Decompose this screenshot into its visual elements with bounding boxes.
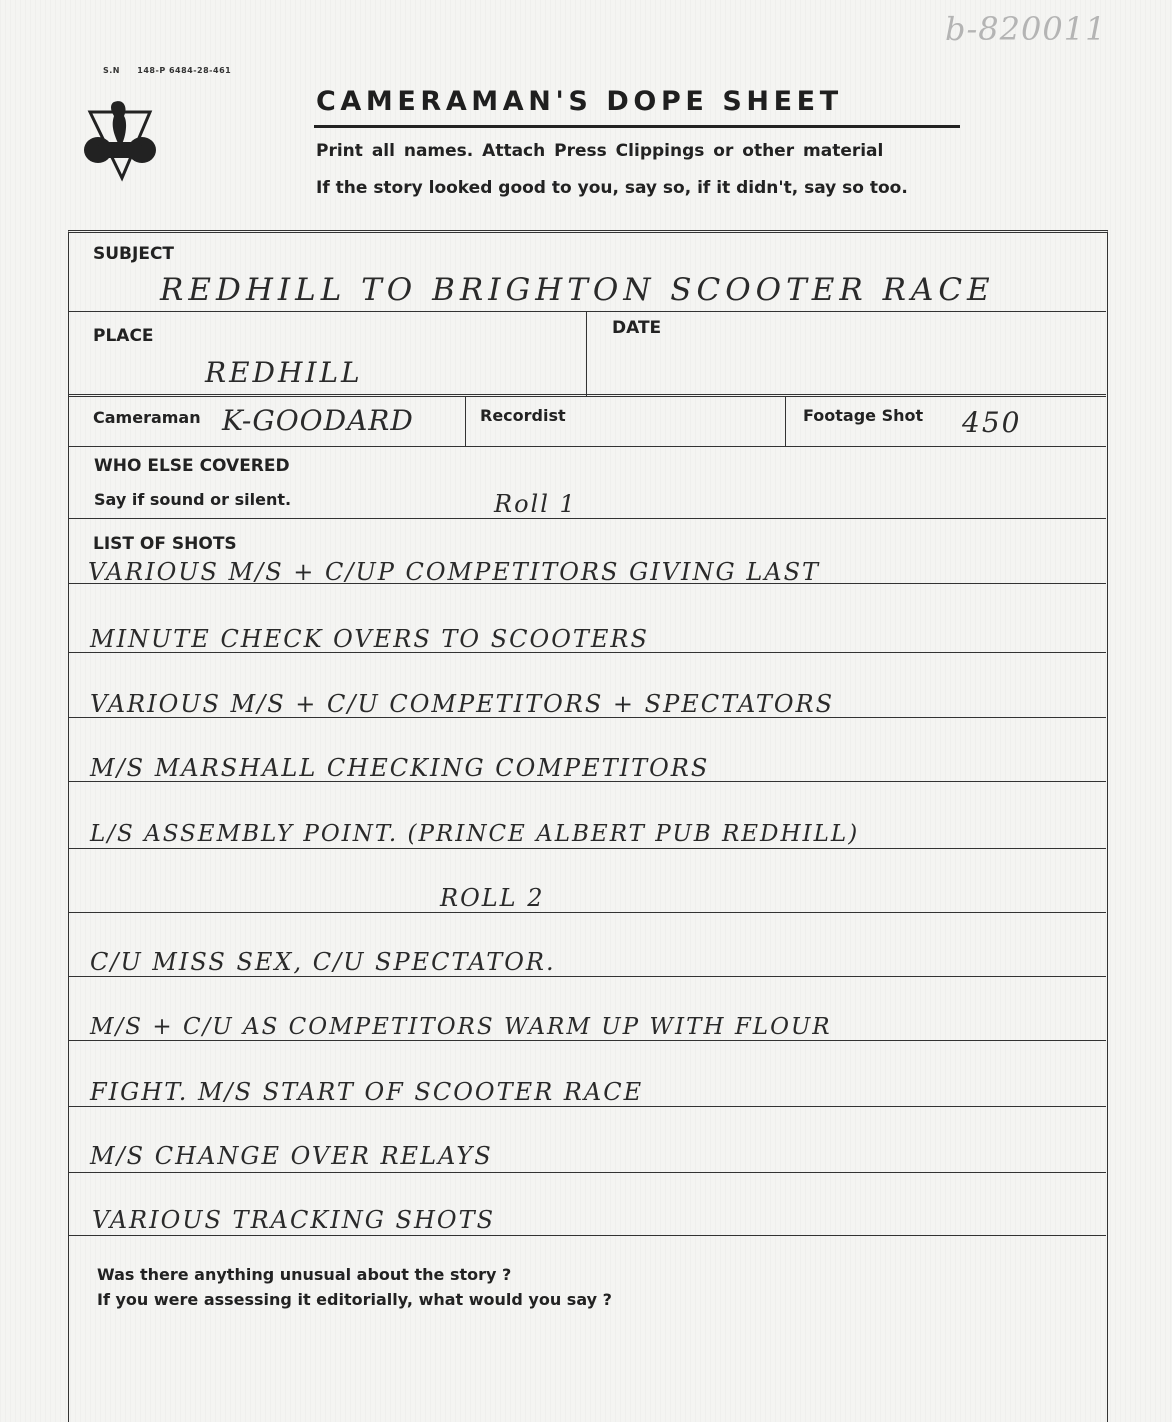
editorial-answer-field[interactable]: [97, 1318, 1087, 1413]
rule-line: [68, 583, 1106, 584]
rule-line: [68, 1172, 1106, 1173]
serial-number: 148-P 6484-28-461: [137, 66, 231, 75]
serial-number-line: S.N 148-P 6484-28-461: [103, 66, 245, 75]
rule-line: [68, 1235, 1106, 1236]
page-title: CAMERAMAN'S DOPE SHEET: [316, 86, 843, 117]
rule-line: [68, 1106, 1106, 1107]
serial-label: S.N: [103, 66, 120, 75]
divider: [465, 396, 466, 446]
sound-or-silent-label: Say if sound or silent.: [94, 490, 291, 509]
rule-line: [68, 717, 1106, 718]
date-label: DATE: [612, 318, 661, 338]
shot-line[interactable]: M/S MARSHALL CHECKING COMPETITORS: [90, 754, 709, 782]
unusual-question-label: Was there anything unusual about the sto…: [97, 1265, 511, 1284]
shot-line[interactable]: C/U MISS SEX, C/U SPECTATOR.: [90, 948, 556, 976]
divider: [68, 518, 1106, 519]
archive-number: b-820011: [945, 10, 1106, 48]
subject-label: SUBJECT: [93, 244, 174, 264]
company-logo-icon: [84, 98, 156, 182]
recordist-field[interactable]: [600, 404, 770, 438]
rule-line: [68, 848, 1106, 849]
who-else-covered-label: WHO ELSE COVERED: [94, 456, 290, 476]
shot-line[interactable]: M/S CHANGE OVER RELAYS: [90, 1142, 493, 1170]
footage-shot-label: Footage Shot: [803, 406, 923, 425]
shot-line-roll-2[interactable]: ROLL 2: [440, 884, 545, 912]
cameraman-label: Cameraman: [93, 408, 201, 427]
rule-line: [68, 781, 1106, 782]
instruction-line-1: Print all names. Attach Press Clippings …: [316, 141, 883, 161]
shot-line[interactable]: VARIOUS M/S + C/U COMPETITORS + SPECTATO…: [90, 690, 834, 718]
divider: [586, 311, 587, 396]
list-of-shots-label: LIST OF SHOTS: [93, 534, 237, 554]
place-field[interactable]: REDHILL: [205, 356, 363, 389]
shot-line[interactable]: MINUTE CHECK OVERS TO SCOOTERS: [90, 625, 649, 653]
shot-line[interactable]: M/S + C/U AS COMPETITORS WARM UP WITH FL…: [90, 1014, 832, 1040]
shot-line[interactable]: VARIOUS M/S + C/UP COMPETITORS GIVING LA…: [88, 558, 820, 586]
divider: [68, 394, 1106, 397]
footage-shot-field[interactable]: 450: [962, 406, 1021, 439]
cameraman-field[interactable]: K-GOODARD: [222, 404, 414, 437]
rule-line: [68, 1040, 1106, 1041]
subject-field[interactable]: REDHILL TO BRIGHTON SCOOTER RACE: [160, 272, 995, 308]
recordist-label: Recordist: [480, 406, 566, 425]
rule-line: [68, 652, 1106, 653]
shot-line[interactable]: FIGHT. M/S START OF SCOOTER RACE: [90, 1078, 643, 1106]
place-label: PLACE: [93, 326, 154, 346]
rule-line: [68, 912, 1106, 913]
shot-line[interactable]: VARIOUS TRACKING SHOTS: [92, 1206, 495, 1234]
divider: [68, 446, 1106, 447]
title-underline: [314, 125, 960, 128]
divider: [785, 396, 786, 446]
rule-line: [68, 976, 1106, 977]
date-field[interactable]: [612, 345, 1092, 385]
editorial-question-label: If you were assessing it editorially, wh…: [97, 1290, 612, 1309]
instruction-line-2: If the story looked good to you, say so,…: [316, 178, 908, 198]
divider: [68, 311, 1106, 312]
shot-line[interactable]: L/S ASSEMBLY POINT. (PRINCE ALBERT PUB R…: [90, 821, 859, 847]
who-else-covered-field[interactable]: Roll 1: [494, 490, 577, 518]
